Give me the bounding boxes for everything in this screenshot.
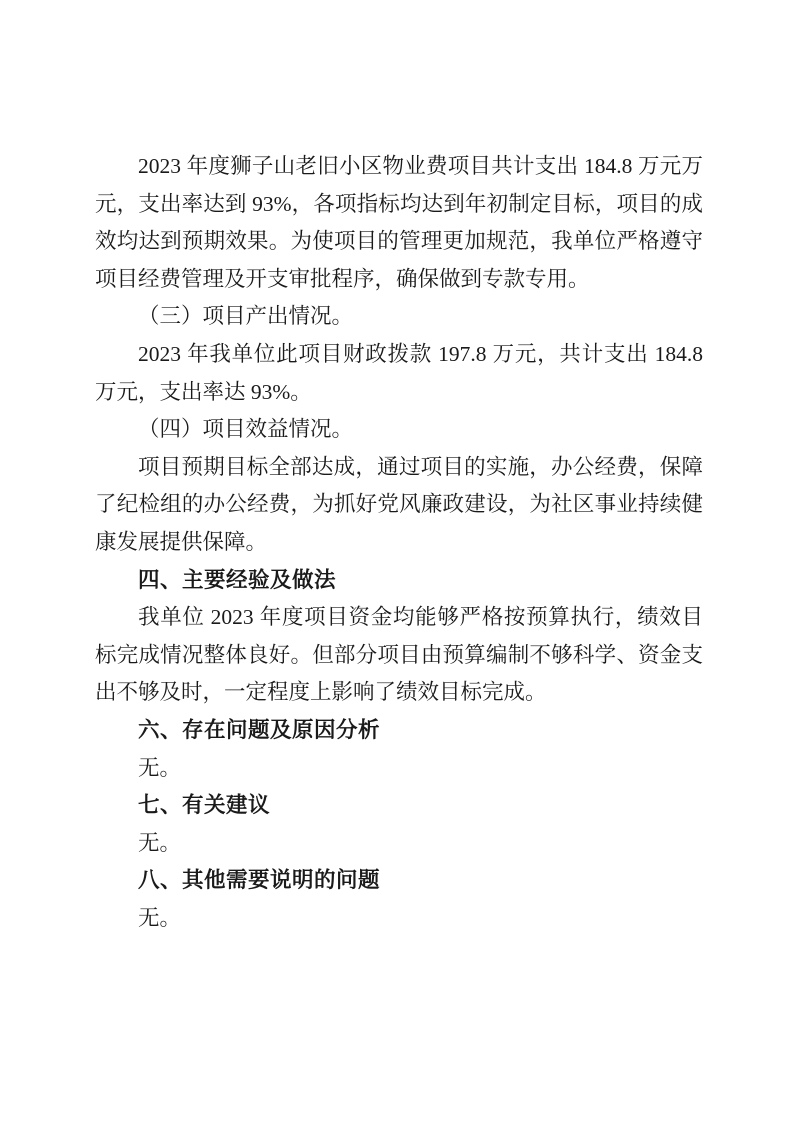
heading-suggestions: 七、有关建议 xyxy=(95,787,703,825)
document-page: 2023 年度狮子山老旧小区物业费项目共计支出 184.8 万元万元，支出率达到… xyxy=(0,0,793,1122)
subheading-project-output: （三）项目产出情况。 xyxy=(95,298,703,336)
paragraph-main-experience: 我单位 2023 年度项目资金均能够严格按预算执行，绩效目标完成情况整体良好。但… xyxy=(95,599,703,712)
heading-other-issues: 八、其他需要说明的问题 xyxy=(95,862,703,900)
heading-problems-analysis: 六、存在问题及原因分析 xyxy=(95,712,703,750)
heading-main-experience: 四、主要经验及做法 xyxy=(95,562,703,600)
paragraph-project-output: 2023 年我单位此项目财政拨款 197.8 万元，共计支出 184.8 万元，… xyxy=(95,336,703,411)
paragraph-expenditure-summary: 2023 年度狮子山老旧小区物业费项目共计支出 184.8 万元万元，支出率达到… xyxy=(95,148,703,298)
document-body: 2023 年度狮子山老旧小区物业费项目共计支出 184.8 万元万元，支出率达到… xyxy=(95,148,703,937)
paragraph-other-none: 无。 xyxy=(95,900,703,938)
paragraph-problems-none: 无。 xyxy=(95,750,703,788)
paragraph-suggestions-none: 无。 xyxy=(95,825,703,863)
subheading-project-benefit: （四）项目效益情况。 xyxy=(95,411,703,449)
paragraph-project-benefit: 项目预期目标全部达成，通过项目的实施，办公经费，保障了纪检组的办公经费，为抓好党… xyxy=(95,449,703,562)
